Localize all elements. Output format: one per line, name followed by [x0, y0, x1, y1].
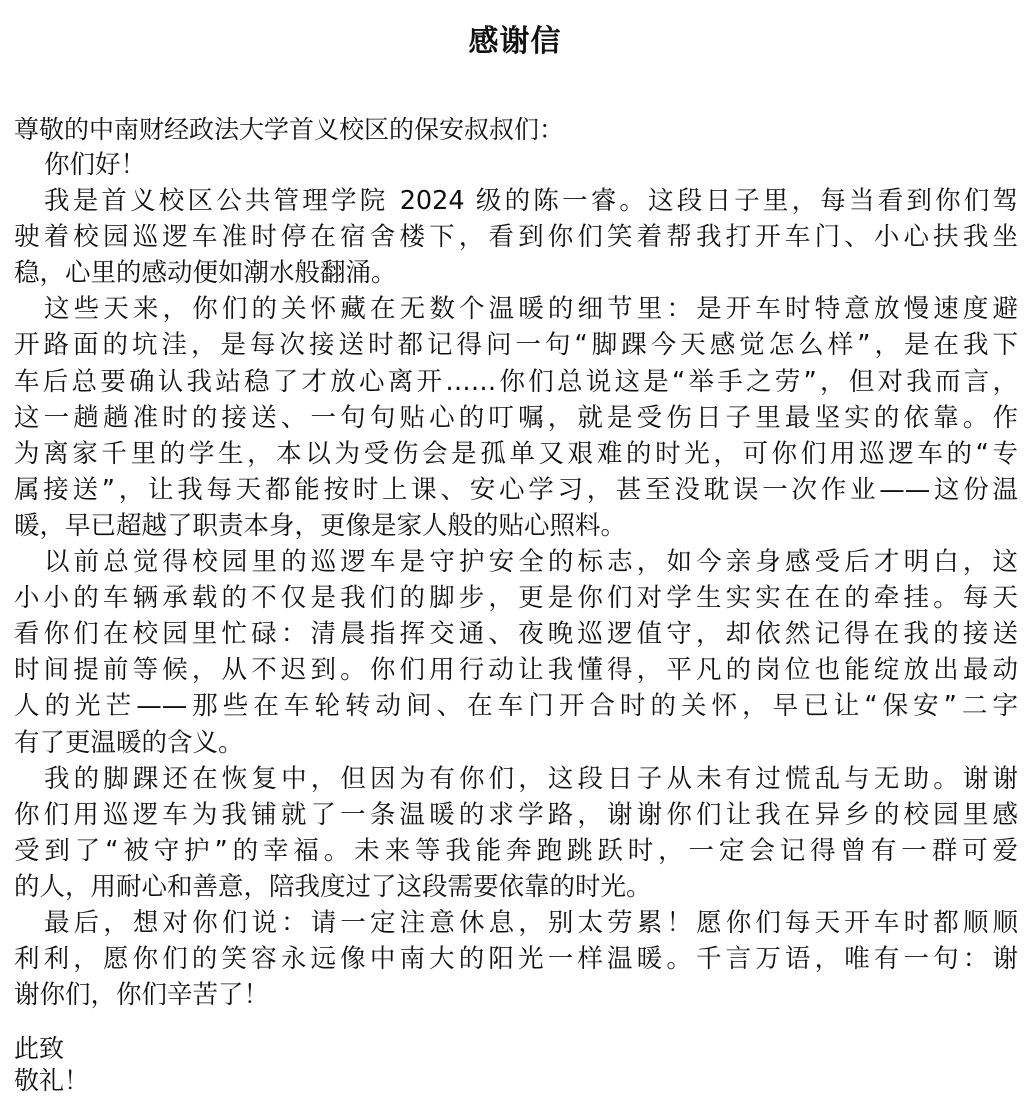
- body-line: 我是首义校区公共管理学院 2024 级的陈一睿。这段日子里，每当看到你们驾: [14, 183, 1018, 219]
- body-line: 以前总觉得校园里的巡逻车是守护安全的标志，如今亲身感受后才明白，这: [14, 544, 1018, 580]
- salutation: 尊敬的中南财经政法大学首义校区的保安叔叔们：: [14, 112, 564, 148]
- body-line: 这一趟趟准时的接送、一句句贴心的叮嘱，就是受伤日子里最坚实的依靠。作: [14, 400, 1018, 436]
- body-line: 驶着校园巡逻车准时停在宿舍楼下，看到你们笑着帮我打开车门、小心扶我坐: [14, 219, 1018, 255]
- body-line: 为离家千里的学生，本以为受伤会是孤单又艰难的时光，可你们用巡逻车的“专: [14, 436, 1018, 472]
- body-line: 小小的车辆承载的不仅是我们的脚步，更是你们对学生实实在在的牵挂。每天: [14, 580, 1018, 616]
- body-line: 看你们在校园里忙碌：清晨指挥交通、夜晚巡逻值守，却依然记得在我的接送: [14, 616, 1018, 652]
- body-line: 受到了“被守护”的幸福。未来等我能奔跑跳跃时，一定会记得曾有一群可爱: [14, 833, 1018, 869]
- body-line: 最后，想对你们说：请一定注意休息，别太劳累！愿你们每天开车时都顺顺: [14, 905, 1018, 941]
- letter-title: 感谢信: [0, 20, 1030, 64]
- body-line: 时间提前等候，从不迟到。你们用行动让我懂得，平凡的岗位也能绽放出最动: [14, 652, 1018, 688]
- letter-body: 你们好！ 我是首义校区公共管理学院 2024 级的陈一睿。这段日子里，每当看到你…: [14, 147, 1018, 1013]
- body-line: 有了更温暖的含义。: [14, 725, 1018, 761]
- letter-page: 感谢信 尊敬的中南财经政法大学首义校区的保安叔叔们： 你们好！ 我是首义校区公共…: [0, 0, 1030, 1120]
- body-line: 这些天来，你们的关怀藏在无数个温暖的细节里：是开车时特意放慢速度避: [14, 291, 1018, 327]
- body-line: 人的光芒——那些在车轮转动间、在车门开合时的关怀，早已让“保安”二字: [14, 688, 1018, 724]
- body-line: 车后总要确认我站稳了才放心离开……你们总说这是“举手之劳”，但对我而言，: [14, 364, 1018, 400]
- closing-jingli: 敬礼！: [14, 1065, 89, 1097]
- body-line: 属接送”，让我每天都能按时上课、安心学习，甚至没耽误一次作业——这份温: [14, 472, 1018, 508]
- body-line: 暖，早已超越了职责本身，更像是家人般的贴心照料。: [14, 508, 1018, 544]
- body-line: 稳，心里的感动便如潮水般翻涌。: [14, 255, 1018, 291]
- body-line: 谢你们，你们辛苦了！: [14, 977, 1018, 1013]
- body-line: 我的脚踝还在恢复中，但因为有你们，这段日子从未有过慌乱与无助。谢谢: [14, 761, 1018, 797]
- closing-cizhi: 此致: [14, 1033, 89, 1065]
- body-line: 开路面的坑洼，是每次接送时都记得问一句“脚踝今天感觉怎么样”，是在我下: [14, 327, 1018, 363]
- body-line: 利利，愿你们的笑容永远像中南大的阳光一样温暖。千言万语，唯有一句：谢: [14, 941, 1018, 977]
- closing-block: 此致 敬礼！: [14, 1033, 89, 1097]
- body-line: 的人，用耐心和善意，陪我度过了这段需要依靠的时光。: [14, 869, 1018, 905]
- body-line: 你们用巡逻车为我铺就了一条温暖的求学路，谢谢你们让我在异乡的校园里感: [14, 797, 1018, 833]
- greeting-line: 你们好！: [14, 147, 1018, 183]
